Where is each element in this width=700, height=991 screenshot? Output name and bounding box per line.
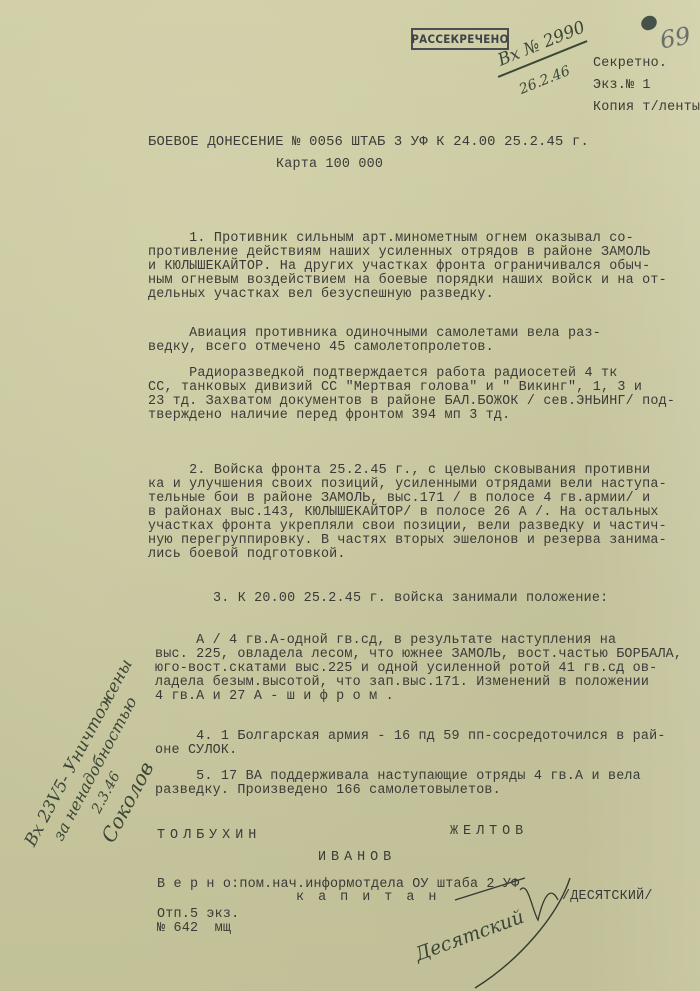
- text-line: 1. Противник сильным арт.минометным огне…: [148, 231, 634, 246]
- text-line: лись боевой подготовкой.: [148, 547, 346, 562]
- text-line: ведку, всего отмечено 45 самолетопролето…: [148, 340, 494, 355]
- registration-number: № 642 мщ: [157, 921, 231, 936]
- text-line: 2. Войска фронта 25.2.45 г., с целью ско…: [148, 463, 650, 478]
- copies-count: Отп.5 экз.: [157, 907, 239, 922]
- text-line: участках фронта укрепляли свои позиции, …: [148, 519, 667, 534]
- text-line: ка и улучшения своих позиций, усиленными…: [148, 477, 667, 492]
- classification-secret: Секретно.: [593, 56, 667, 71]
- report-title: БОЕВОЕ ДОНЕСЕНИЕ № 0056 ШТАБ 3 УФ К 24.0…: [148, 135, 589, 150]
- text-line: 4. 1 Болгарская армия - 16 пд 59 пп-соср…: [155, 729, 666, 744]
- text-line: ную перегруппировку. В частях вторых эше…: [148, 533, 667, 548]
- text-line: и КЮЛЫШЕКАЙТОР. На других участках фронт…: [148, 259, 650, 274]
- text-line: тверждено наличие перед фронтом 394 мп 3…: [148, 408, 510, 423]
- section-3-title: 3. К 20.00 25.2.45 г. войска занимали по…: [213, 591, 608, 606]
- text-line: 5. 17 ВА поддерживала наступающие отряды…: [155, 769, 641, 784]
- text-line: СС, танковых дивизий СС "Мертвая голова"…: [148, 380, 642, 395]
- rank-captain: к а п и т а н: [296, 890, 439, 905]
- document-page: РАССЕКРЕЧЕНО Вх № 2990 26.2.46 69 Секрет…: [0, 0, 700, 991]
- text-line: 23 тд. Захватом документов в районе БАЛ.…: [148, 394, 675, 409]
- text-line: в районах выс.143, КЮЛЫШЕКАЙТОР/ в полос…: [148, 505, 659, 520]
- signature-ivanov: ИВАНОВ: [318, 850, 396, 865]
- text-line: тельные бои в районе ЗАМОЛЬ, выс.171 / в…: [148, 491, 650, 506]
- incoming-date-handwritten: 26.2.46: [517, 63, 573, 98]
- text-line: выс. 225, овладела лесом, что южнее ЗАМО…: [155, 647, 682, 662]
- signature-tolbukhin: ТОЛБУХИН: [157, 828, 261, 843]
- page-number-handwritten: 69: [658, 22, 693, 55]
- text-line: Авиация противника одиночными самолетами…: [148, 326, 601, 341]
- text-line: разведку. Произведено 166 самолетовылето…: [155, 783, 501, 798]
- text-line: ным огневым воздействием на боевые поряд…: [148, 273, 667, 288]
- text-line: А / 4 гв.А-одной гв.сд, в результате нас…: [155, 633, 616, 648]
- text-line: дельных участках вел безуспешную разведк…: [148, 287, 494, 302]
- map-scale: Карта 100 000: [276, 157, 383, 172]
- text-line: противление действиям наших усиленных от…: [148, 245, 650, 260]
- text-line: ладела безым.высотой, что зап.выс.171. И…: [155, 675, 649, 690]
- declassified-stamp: РАССЕКРЕЧЕНО: [411, 28, 509, 50]
- classification-copy-type: Копия т/ленты: [593, 100, 700, 115]
- text-line: юго-вост.скатами выс.225 и одной усиленн…: [155, 661, 657, 676]
- classification-copy-number: Экз.№ 1: [593, 78, 651, 93]
- signature-flourish: [440, 870, 580, 991]
- signature-zheltov: ЖЕЛТОВ: [450, 824, 528, 839]
- text-line: Радиоразведкой подтверждается работа рад…: [148, 366, 617, 381]
